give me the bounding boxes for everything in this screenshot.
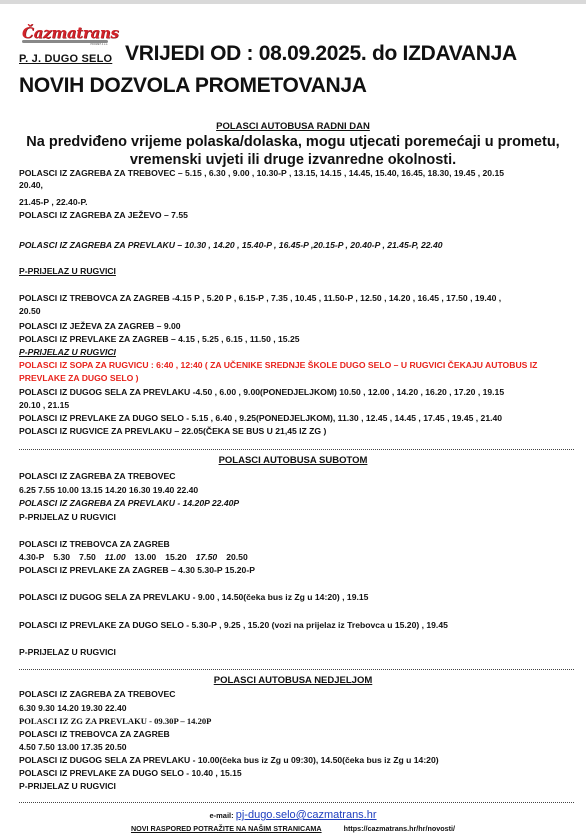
departure-time: 17.50 bbox=[196, 552, 218, 562]
sat-route-dugo-selo-prevlaka: POLASCI IZ DUGOG SELA ZA PREVLAKU - 9.00… bbox=[19, 592, 574, 603]
departure-time: 11.00 bbox=[105, 552, 126, 562]
route-sop-rugvica-cont: PREVLAKE ZA DUGO SELO ) bbox=[19, 373, 574, 384]
sun-route-zagreb-trebovec: POLASCI IZ ZAGREBA ZA TREBOVEC bbox=[19, 689, 574, 700]
route-jezevo-zagreb: POLASCI IZ JEŽEVA ZA ZAGREB – 9.00 bbox=[19, 321, 574, 332]
timetable-page: Čazmatrans PROMET d.o.o. P. J. DUGO SELO… bbox=[0, 0, 586, 840]
validity-title-line1: VRIJEDI OD : 08.09.2025. do IZDAVANJA bbox=[125, 42, 517, 66]
separator-dotted-3 bbox=[19, 802, 574, 803]
footer-schedule-row: NOVI RASPORED POTRAŽITE NA NAŠIM STRANIC… bbox=[0, 824, 586, 833]
route-rugvica-prevlaka: POLASCI IZ RUGVICE ZA PREVLAKU – 22.05(Č… bbox=[19, 426, 574, 437]
sat-route-zagreb-prevlaka: POLASCI IZ ZAGREBA ZA PREVLAKU - 14.20P … bbox=[19, 498, 574, 509]
section-title-saturday: POLASCI AUTOBUSA SUBOTOM bbox=[0, 455, 586, 466]
route-zagreb-jezevo: POLASCI IZ ZAGREBA ZA JEŽEVO – 7.55 bbox=[19, 210, 574, 221]
section-title-weekday: POLASCI AUTOBUSA RADNI DAN bbox=[0, 121, 586, 132]
company-logo: Čazmatrans PROMET d.o.o. bbox=[22, 25, 108, 47]
departure-time: 5.30 bbox=[53, 552, 70, 562]
email-link[interactable]: pj-dugo.selo@cazmatrans.hr bbox=[236, 809, 377, 821]
legend-p-crossing: P-PRIJELAZ U RUGVICI bbox=[19, 266, 574, 277]
sun-times-zagreb-trebovec: 6.30 9.30 14.20 19.30 22.40 bbox=[19, 703, 574, 714]
departure-time: 20.50 bbox=[226, 552, 248, 562]
footer-email-row: e-mail: pj-dugo.selo@cazmatrans.hr bbox=[0, 809, 586, 821]
sun-legend-p-crossing: P-PRIJELAZ U RUGVICI bbox=[19, 781, 574, 792]
departure-time: 7.50 bbox=[79, 552, 96, 562]
departure-time: 15.20 bbox=[165, 552, 187, 562]
sat-legend-p-crossing-2: P-PRIJELAZ U RUGVICI bbox=[19, 647, 574, 658]
schedule-note: NOVI RASPORED POTRAŽITE NA NAŠIM STRANIC… bbox=[131, 824, 322, 833]
sun-route-dugo-selo-prevlaka: POLASCI IZ DUGOG SELA ZA PREVLAKU - 10.0… bbox=[19, 755, 574, 766]
email-label: e-mail: bbox=[209, 811, 235, 820]
separator-dotted-2 bbox=[19, 669, 574, 670]
validity-title-line2: NOVIH DOZVOLA PROMETOVANJA bbox=[19, 74, 367, 98]
route-dugo-selo-prevlaka: POLASCI IZ DUGOG SELA ZA PREVLAKU -4.50 … bbox=[19, 387, 574, 398]
sat-route-zagreb-trebovec: POLASCI IZ ZAGREBA ZA TREBOVEC bbox=[19, 471, 574, 482]
logo-subtitle: PROMET d.o.o. bbox=[90, 43, 108, 46]
route-prevlaka-dugo-selo: POLASCI IZ PREVLAKE ZA DUGO SELO - 5.15 … bbox=[19, 413, 574, 424]
sat-route-prevlaka-dugo-selo: POLASCI IZ PREVLAKE ZA DUGO SELO - 5.30-… bbox=[19, 620, 574, 631]
sat-times-trebovec-zagreb: 4.30-P5.307.5011.0013.0015.2017.5020.50 bbox=[19, 552, 574, 563]
sun-route-zg-prevlaka: POLASCI IZ ZG ZA PREVLAKU - 09.30P – 14.… bbox=[19, 716, 574, 727]
route-zagreb-trebovec: POLASCI IZ ZAGREBA ZA TREBOVEC – 5.15 , … bbox=[19, 168, 574, 179]
route-trebovec-zagreb: POLASCI IZ TREBOVCA ZA ZAGREB -4.15 P , … bbox=[19, 293, 574, 304]
sat-times-zagreb-trebovec: 6.25 7.55 10.00 13.15 14.20 16.30 19.40 … bbox=[19, 485, 574, 496]
departure-time: 4.30-P bbox=[19, 552, 44, 562]
route-dugo-selo-prevlaka-cont: 20.10 , 21.15 bbox=[19, 400, 574, 411]
separator-dotted bbox=[19, 449, 574, 450]
route-trebovec-zagreb-cont: 20.50 bbox=[19, 306, 574, 317]
sat-route-trebovec-zagreb: POLASCI IZ TREBOVCA ZA ZAGREB bbox=[19, 539, 574, 550]
website-url[interactable]: https://cazmatrans.hr/hr/novosti/ bbox=[344, 824, 455, 833]
departure-time: 13.00 bbox=[135, 552, 157, 562]
sat-route-prevlaka-zagreb: POLASCI IZ PREVLAKE ZA ZAGREB – 4.30 5.3… bbox=[19, 565, 574, 576]
disruption-notice-line1: Na predviđeno vrijeme polaska/dolaska, m… bbox=[0, 133, 586, 151]
route-zagreb-prevlaka: POLASCI IZ ZAGREBA ZA PREVLAKU – 10.30 ,… bbox=[19, 240, 574, 251]
sun-route-trebovec-zagreb: POLASCI IZ TREBOVCA ZA ZAGREB bbox=[19, 729, 574, 740]
branch-label: P. J. DUGO SELO bbox=[19, 53, 112, 65]
disruption-notice-line2: vremenski uvjeti ili druge izvanredne ok… bbox=[0, 151, 586, 169]
sun-times-trebovec-zagreb: 4.50 7.50 13.00 17.35 20.50 bbox=[19, 742, 574, 753]
sat-legend-p-crossing: P-PRIJELAZ U RUGVICI bbox=[19, 512, 574, 523]
section-title-sunday: POLASCI AUTOBUSA NEDJELJOM bbox=[0, 675, 586, 686]
route-zagreb-trebovec-cont2: 21.45-P , 22.40-P. bbox=[19, 197, 574, 208]
route-prevlaka-zagreb: POLASCI IZ PREVLAKE ZA ZAGREB – 4.15 , 5… bbox=[19, 334, 574, 345]
route-sop-rugvica: POLASCI IZ SOPA ZA RUGVICU : 6:40 , 12:4… bbox=[19, 360, 574, 371]
route-zagreb-trebovec-cont1: 20.40, bbox=[19, 180, 574, 191]
sun-route-prevlaka-dugo-selo: POLASCI IZ PREVLAKE ZA DUGO SELO - 10.40… bbox=[19, 768, 574, 779]
legend-p-crossing-2: P-PRIJELAZ U RUGVICI bbox=[19, 347, 574, 358]
